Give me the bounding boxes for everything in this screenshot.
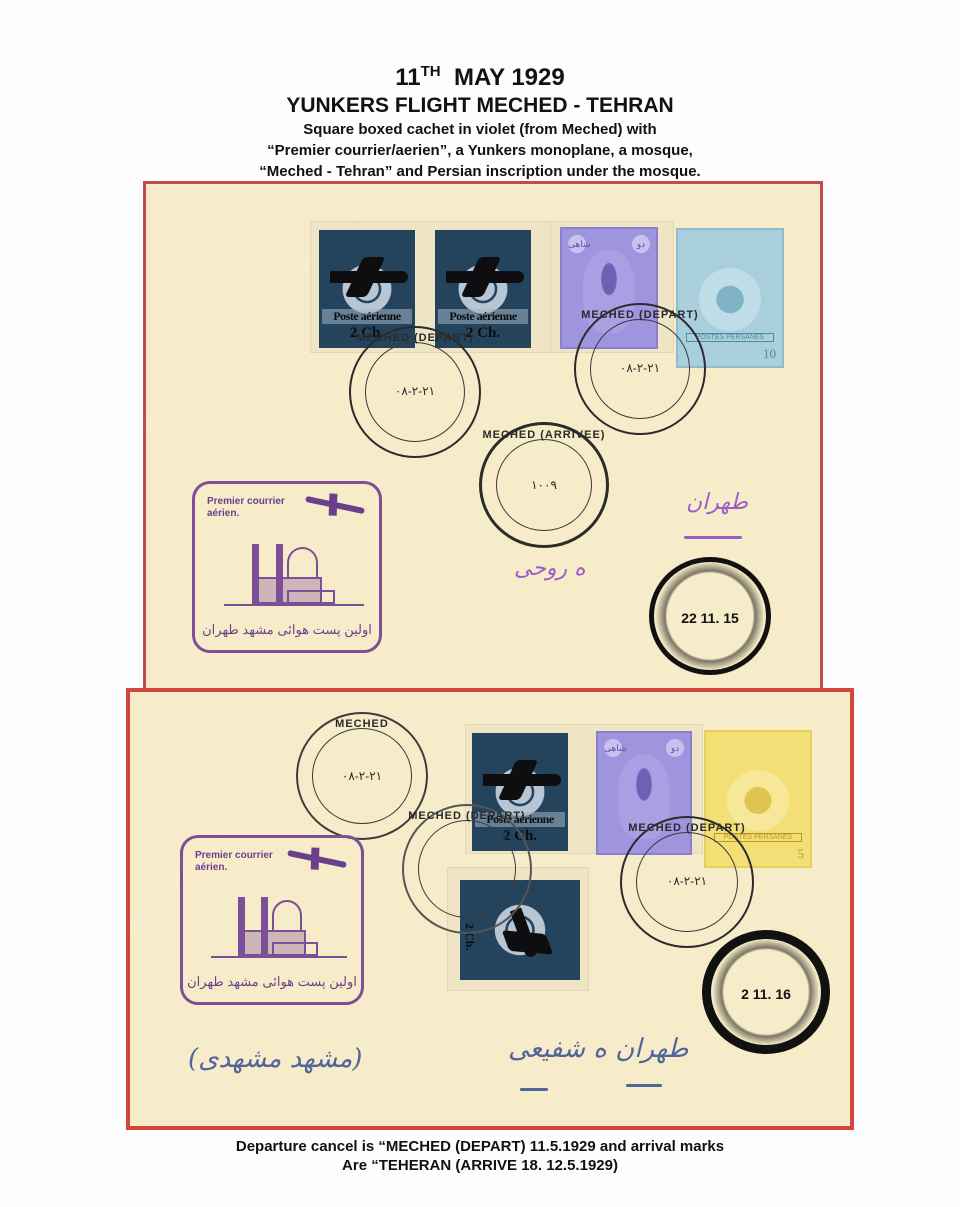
cachet-text: Premier courrier aérien. bbox=[207, 496, 285, 520]
stamp-overprint: Poste aérienne bbox=[438, 309, 528, 324]
postmark-meched-depart: MECHED (DEPART) ۰۸-۲-۲۱ bbox=[574, 303, 706, 435]
postmark-text: MECHED bbox=[298, 718, 426, 730]
postmark-meched-depart: MECHED (DEPART) bbox=[402, 804, 532, 934]
ground-line bbox=[211, 956, 346, 958]
cachet-line-1: Premier courrier bbox=[207, 496, 285, 508]
handwritten-addressee: ه روحی bbox=[514, 556, 586, 581]
postmark-date: ۰۸-۲-۲۱ bbox=[351, 384, 479, 398]
mosque-icon bbox=[243, 540, 335, 603]
mosque-icon bbox=[229, 894, 318, 956]
handwritten-tehran: طهران bbox=[686, 490, 748, 515]
handwritten-sender: (مشهد مشهدی) bbox=[188, 1044, 362, 1074]
handwriting-underline bbox=[684, 536, 742, 539]
postmark-date: 22 11. 15 bbox=[654, 610, 766, 626]
postmark-date: 2 11. 16 bbox=[711, 986, 821, 1002]
postmark-date: ۰۸-۲-۲۱ bbox=[298, 769, 426, 783]
postmark-text: MECHED (DEPART) bbox=[576, 309, 704, 321]
mosque-base bbox=[287, 590, 335, 604]
postmark-text: MECHED (DEPART) bbox=[404, 810, 530, 822]
ground-line bbox=[224, 604, 364, 606]
value-circle: دو bbox=[666, 739, 684, 757]
plane-overprint-icon bbox=[330, 271, 408, 283]
header-description-2: “Premier courrier/aerien”, a Yunkers mon… bbox=[0, 142, 960, 160]
value-circle: شاهی bbox=[604, 739, 622, 757]
stamp-overprint: Poste aérienne bbox=[322, 309, 412, 324]
postmark-teheran-arrival: 2 11. 16 bbox=[702, 930, 830, 1054]
footer-line-2: Are “TEHERAN (ARRIVE 18. 12.5.1929) bbox=[0, 1156, 960, 1175]
cachet-line-1: Premier courrier bbox=[195, 850, 273, 862]
monoplane-icon bbox=[287, 850, 347, 868]
handwriting-stroke bbox=[520, 1088, 548, 1091]
footer-line-1: Departure cancel is “MECHED (DEPART) 11.… bbox=[0, 1137, 960, 1156]
airmail-stamp-2: Poste aérienne 2 Ch. bbox=[435, 230, 531, 348]
header-title: YUNKERS FLIGHT MECHED - TEHRAN bbox=[0, 94, 960, 118]
postmark-ring bbox=[418, 820, 516, 918]
handwritten-address: طهران ه شفیعی bbox=[508, 1034, 689, 1064]
value-circle: شاهی bbox=[568, 235, 586, 253]
mosque-base bbox=[272, 942, 318, 956]
cover-2: Poste aérienne 2 Ch. شاهی دو 2 Ch. POSTE… bbox=[126, 688, 854, 1130]
cachet-text: Premier courrier aérien. bbox=[195, 850, 273, 874]
page-header: 11TH MAY 1929 YUNKERS FLIGHT MECHED - TE… bbox=[0, 58, 960, 181]
plane-overprint-icon bbox=[483, 774, 561, 786]
postmark-text: MECHED (DEPART) bbox=[622, 822, 752, 834]
postmark-text: MECHED (ARRIVEE) bbox=[482, 429, 606, 441]
dome bbox=[272, 900, 302, 931]
cachet-persian-inscription: اولین پست هوائی مشهد طهران bbox=[183, 974, 361, 990]
indicium-value: 10 bbox=[763, 346, 776, 362]
postmark-text: MECHED (DEPART) bbox=[351, 332, 479, 344]
cachet-line-2: aérien. bbox=[207, 508, 285, 520]
date-day: 11 bbox=[395, 64, 420, 91]
postmark-date: ۰۸-۲-۲۱ bbox=[576, 361, 704, 375]
cover-1: Poste aérienne 2 Ch. Poste aérienne 2 Ch… bbox=[143, 181, 823, 693]
postmark-date: ۰۸-۲-۲۱ bbox=[622, 874, 752, 888]
page-footer: Departure cancel is “MECHED (DEPART) 11.… bbox=[0, 1137, 960, 1175]
header-description-3: “Meched - Tehran” and Persian inscriptio… bbox=[0, 163, 960, 181]
violet-cachet: Premier courrier aérien. اولین پست هوائی… bbox=[180, 835, 364, 1005]
header-date: 11TH MAY 1929 bbox=[0, 58, 960, 92]
value-circle: دو bbox=[632, 235, 650, 253]
postmark-teheran-arrival: 22 11. 15 bbox=[649, 557, 771, 675]
date-rest: MAY 1929 bbox=[454, 64, 565, 91]
postmark-meched-arrivee: MECHED (ARRIVEE) ۱۰۰۹ bbox=[479, 422, 609, 548]
date-suffix: TH bbox=[421, 63, 441, 80]
plane-overprint-icon bbox=[446, 271, 524, 283]
violet-cachet: Premier courrier aérien. اولین پست هوائی… bbox=[192, 481, 382, 653]
cachet-line-2: aérien. bbox=[195, 862, 273, 874]
header-description-1: Square boxed cachet in violet (from Mech… bbox=[0, 121, 960, 139]
dome bbox=[287, 547, 318, 579]
lion-and-sun-icon bbox=[699, 268, 761, 331]
postmark-date: ۱۰۰۹ bbox=[482, 478, 606, 492]
postmark-meched-depart: MECHED (DEPART) ۰۸-۲-۲۱ bbox=[349, 326, 481, 458]
indicium-value: 5 bbox=[798, 846, 805, 862]
cachet-persian-inscription: اولین پست هوائی مشهد طهران bbox=[195, 622, 379, 638]
monoplane-icon bbox=[305, 496, 365, 514]
handwriting-stroke bbox=[626, 1084, 662, 1087]
postmark-meched-depart: MECHED (DEPART) ۰۸-۲-۲۱ bbox=[620, 816, 754, 948]
